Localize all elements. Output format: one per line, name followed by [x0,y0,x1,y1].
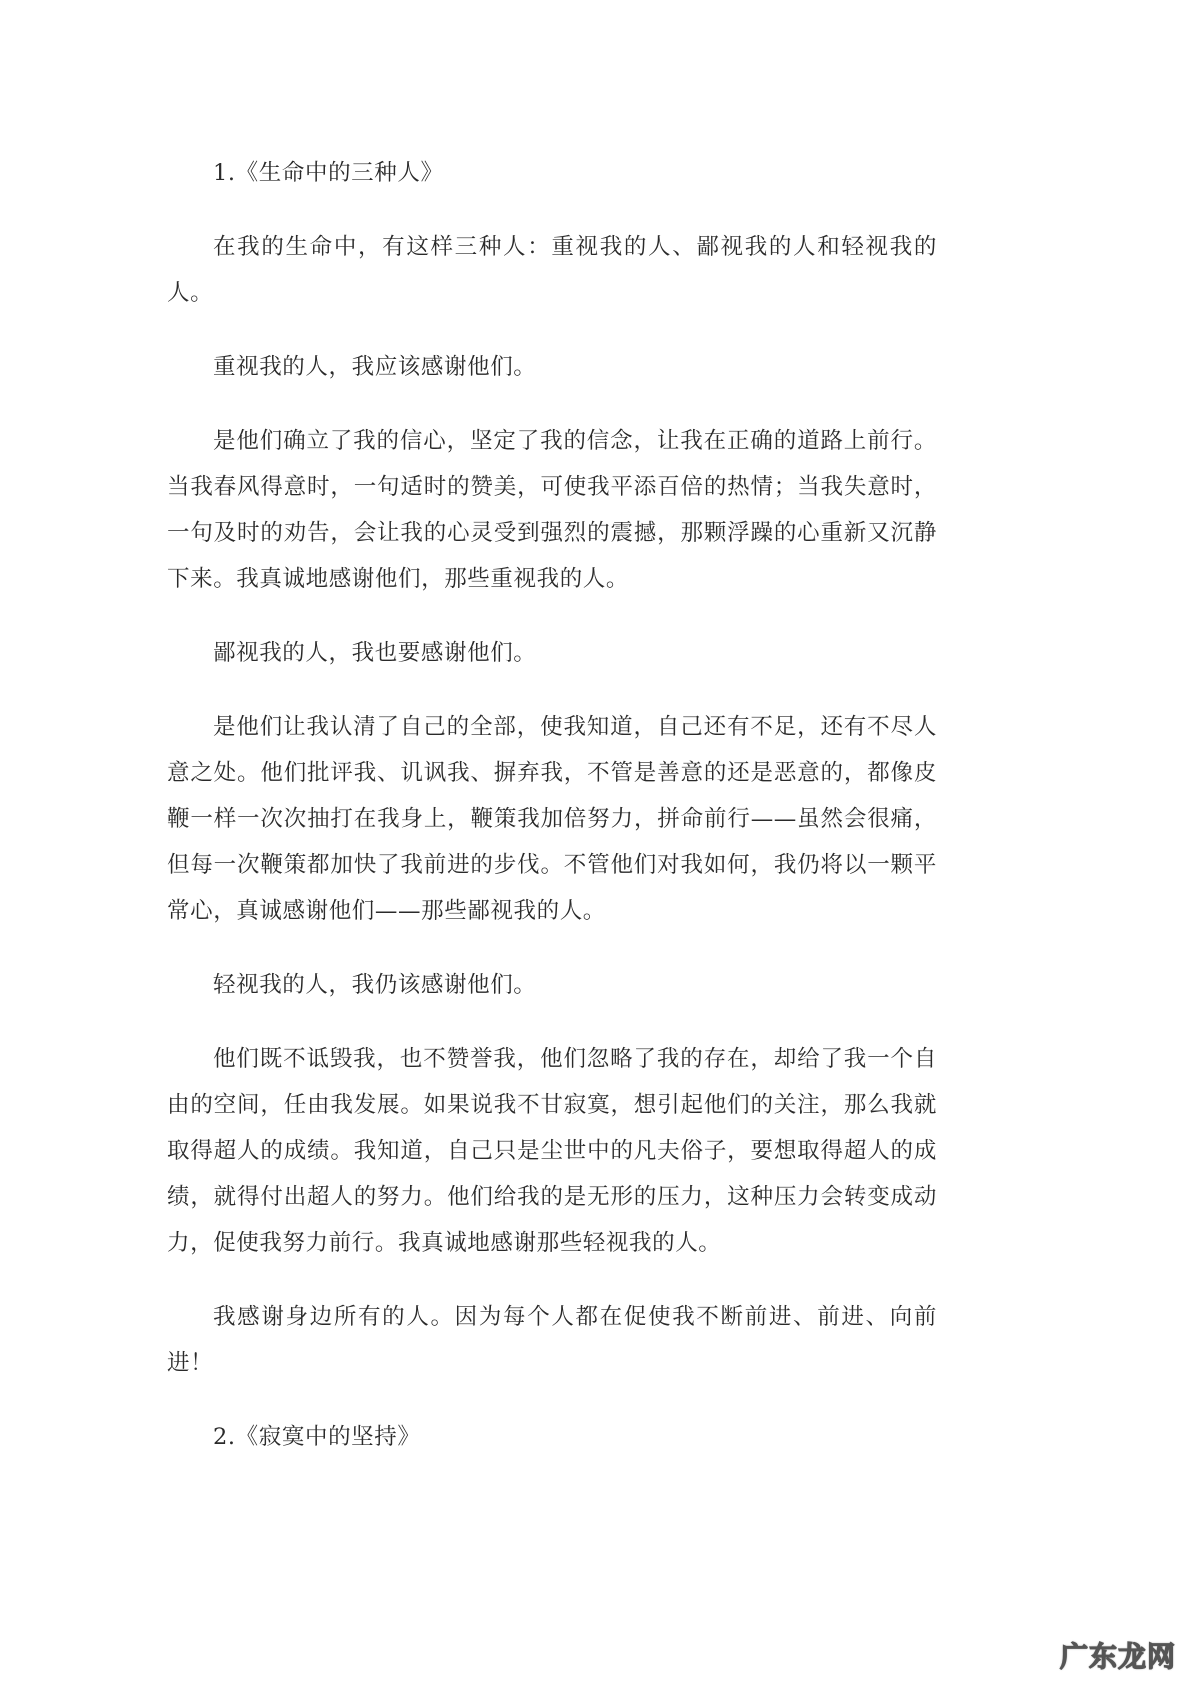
paragraph-intro: 在我的生命中，有这样三种人：重视我的人、鄙视我的人和轻视我的人。 [167,224,937,316]
paragraph-ignore-title: 轻视我的人，我仍该感谢他们。 [167,962,937,1008]
paragraph-respect-title: 重视我的人，我应该感谢他们。 [167,344,937,390]
document-page: 1.《生命中的三种人》 在我的生命中，有这样三种人：重视我的人、鄙视我的人和轻视… [167,150,937,1488]
paragraph-respect-body: 是他们确立了我的信心，坚定了我的信念，让我在正确的道路上前行。当我春风得意时，一… [167,418,937,602]
section-heading-1: 1.《生命中的三种人》 [167,150,937,196]
paragraph-despise-title: 鄙视我的人，我也要感谢他们。 [167,630,937,676]
section-heading-2: 2.《寂寞中的坚持》 [167,1414,937,1460]
paragraph-despise-body: 是他们让我认清了自己的全部，使我知道，自己还有不足，还有不尽人意之处。他们批评我… [167,704,937,934]
watermark-logo: 广东龙网 [1060,1635,1176,1675]
paragraph-conclusion: 我感谢身边所有的人。因为每个人都在促使我不断前进、前进、向前进！ [167,1294,937,1386]
paragraph-ignore-body: 他们既不诋毁我，也不赞誉我，他们忽略了我的存在，却给了我一个自由的空间，任由我发… [167,1036,937,1266]
